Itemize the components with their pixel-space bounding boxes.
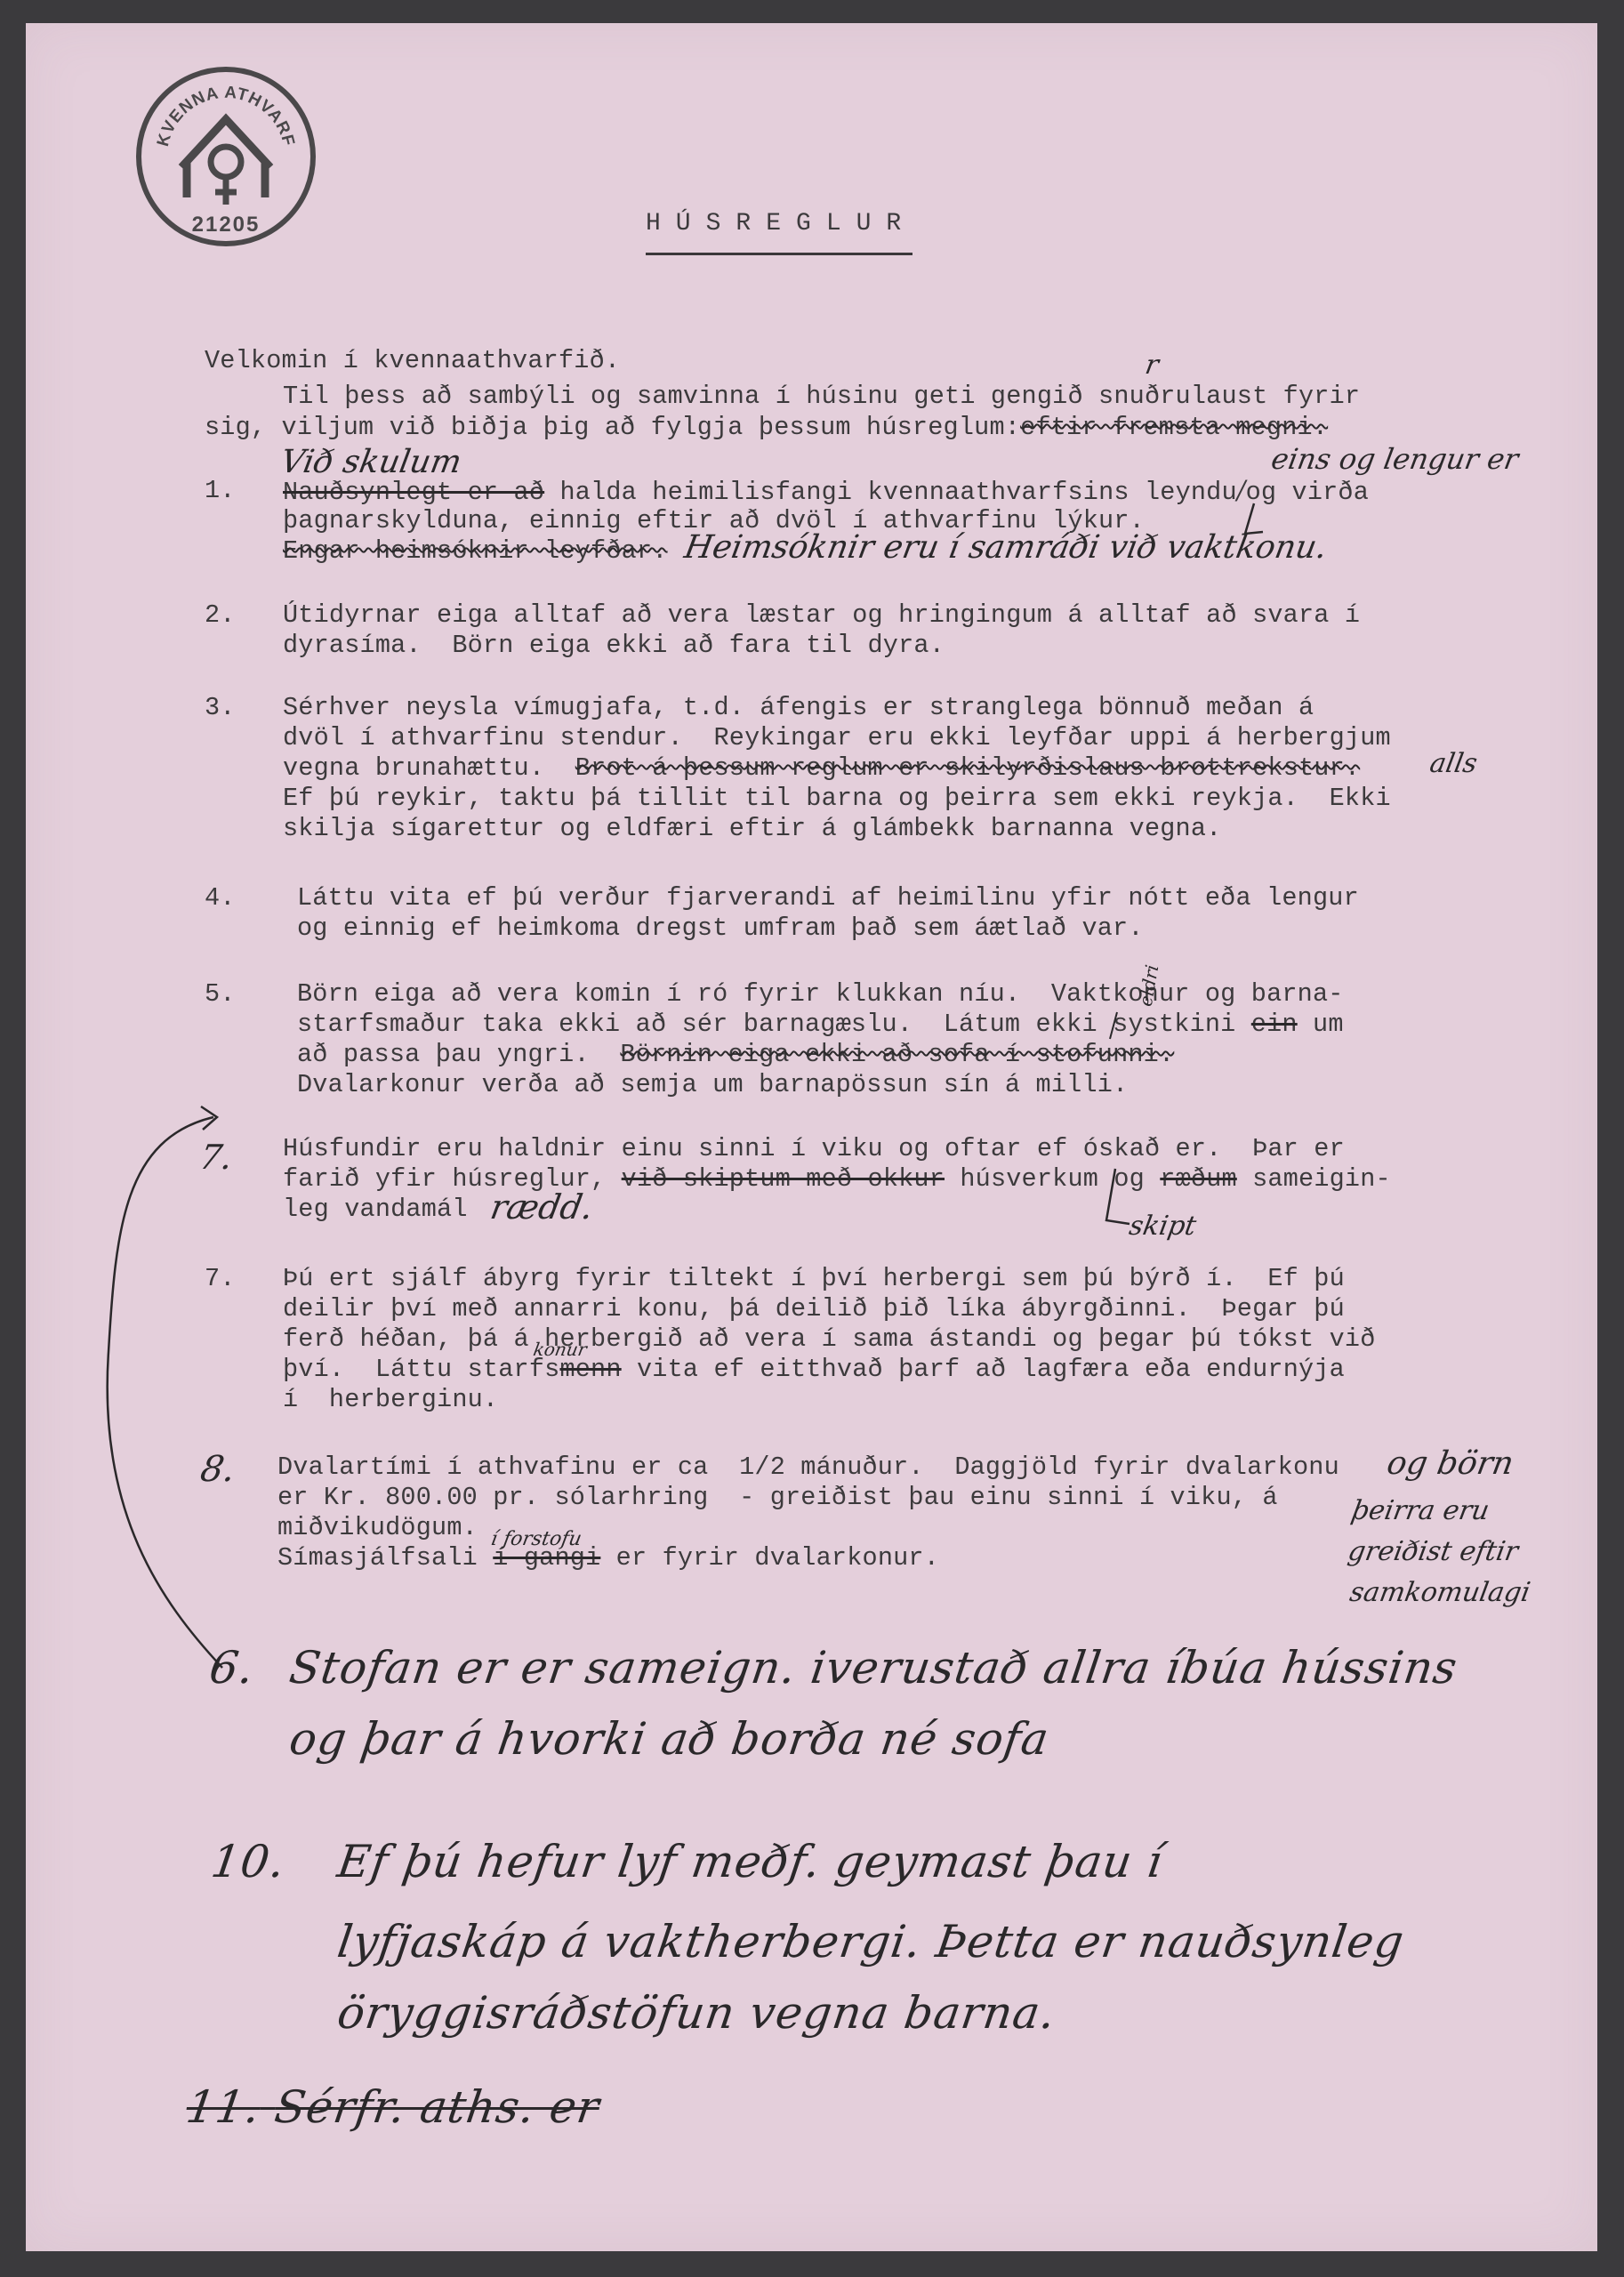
stamp-icon: KVENNA ATHVARF 21205 [132,62,320,251]
hand-item-10-number: 10. [208,1839,288,1884]
intro-line-2-kept: sig, viljum við biðja þig að fylgja þess… [205,413,1020,442]
item-7-line-4-b: vita ef eitthvað þarf að lagfæra eða end… [622,1355,1345,1384]
item-5-line-2: starfsmaður taka ekki að sér barnagæslu.… [297,1012,1344,1038]
item-5-line-2-a: starfsmaður taka ekki að sér barnagæslu.… [297,1010,1113,1039]
item-8-margin-4: samkomulagi [1347,1580,1532,1606]
item-1-insert: Við skulum [278,447,464,479]
item-5-line-3-struck: Börnin eiga ekki að sofa í stofunni. [620,1040,1174,1069]
item-6-number-hand: 7. [197,1140,236,1174]
item-8-line-1: Dvalartími í athvafinu er ca 1/2 mánuður… [277,1455,1339,1481]
item-5-line-2-b: systkini [1113,1010,1251,1039]
item-3-line-1: Sérhver neysla vímugjafa, t.d. áfengis e… [283,696,1314,721]
item-8-hand-insert: í forstofu [489,1530,583,1549]
item-5-line-3: að passa þau yngri. Börnin eiga ekki að … [297,1042,1174,1068]
item-2-line-1: Útidyrnar eiga alltaf að vera læstar og … [283,603,1360,629]
item-6-line-2-d: sameigin- [1237,1164,1391,1194]
greeting: Velkomin í kvennaathvarfið. [205,349,620,374]
item-1-margin-note: eins og lengur er [1269,445,1521,473]
item-8-line-4: Símasjálfsali í gangi er fyrir dvalarkon… [277,1546,939,1572]
item-5-struck-word: ein [1251,1010,1298,1039]
item-7-number: 7. [205,1267,236,1292]
item-3-number: 3. [205,696,236,721]
stamp-number: 21205 [192,213,261,237]
intro-line-2: sig, viljum við biðja þig að fylgja þess… [205,415,1328,441]
item-1-struck: Nauðsynlegt er að [283,478,544,507]
item-1-line-3-struck: Engar heimsóknir leyfðar. [283,539,668,565]
item-1-line-3-hand: Heimsóknir eru í samráði við vaktkonu. [682,532,1330,564]
intro-line-2-struck: eftir fremsta megni. [1020,413,1328,442]
item-1-end: og virða [1246,478,1369,507]
item-5-line-2-c: um [1298,1010,1344,1039]
item-6-hand-insert: rædd. [488,1190,596,1224]
item-6-line-2: farið yfir húsreglur, við skiptum með ok… [283,1167,1391,1193]
item-8-line-3: miðvikudögum. [277,1516,478,1541]
item-4-number: 4. [205,886,236,912]
hand-item-6-line-2: og þar á hvorki að borða né sofa [286,1717,1051,1761]
item-6-struck-2: ræðum [1160,1164,1237,1194]
hand-item-11-text: Sérfr. aths. er [271,2081,603,2133]
item-6-hand-below: skipt [1127,1213,1198,1240]
item-6-line-2-c: og [1113,1164,1160,1194]
item-2-number: 2. [205,603,236,629]
item-8-line-2: er Kr. 800.00 pr. sólarhring - greiðist … [277,1485,1278,1511]
item-8-margin-2: þeirra eru [1349,1498,1491,1525]
item-4-line-2: og einnig ef heimkoma dregst umfram það … [297,916,1144,942]
item-7-line-1: Þú ert sjálf ábyrg fyrir tiltekt í því h… [283,1267,1345,1292]
item-6-struck-1: við skiptum með okkur [622,1164,945,1194]
item-3-struck: Brot á þessum reglum er skilyrðislaus br… [575,753,1360,783]
item-1-kept: halda heimilisfangi kvennaathvarfsins le… [559,478,1236,507]
item-5-line-1: Börn eiga að vera komin í ró fyrir klukk… [297,982,1344,1008]
item-4-line-1: Láttu vita ef þú verður fjarverandi af h… [297,886,1359,912]
item-8-line-4-b: er fyrir dvalarkonur. [600,1543,939,1573]
item-5-line-3-kept: að passa þau yngri. [297,1040,590,1069]
item-1-line-1: Nauðsynlegt er að halda heimilisfangi kv… [283,479,1369,506]
item-6-line-3: leg vandamál [283,1197,468,1223]
item-3-line-2: dvöl í athvarfinu stendur. Reykingar eru… [283,726,1391,752]
item-3-line-5: skilja sígarettur og eldfæri eftir á glá… [283,817,1221,842]
hand-item-6-line-1: Stofan er er sameign. iverustað allra íb… [286,1645,1459,1690]
organization-stamp: KVENNA ATHVARF 21205 [132,62,320,251]
item-8-margin-1: og börn [1385,1448,1516,1480]
hand-item-10-line-3: öryggisráðstöfun vegna barna. [334,1991,1058,2035]
title-underline [646,253,912,255]
item-8-line-4-a: Símasjálfsali [277,1543,493,1573]
item-7-line-4: því. Láttu starfsmenn vita ef eitthvað þ… [283,1357,1345,1383]
item-6-line-2-b: húsverkum [945,1164,1113,1194]
item-5-line-4: Dvalarkonur verða að semja um barnapössu… [297,1073,1128,1098]
item-3-line-4: Ef þú reykir, taktu þá tillit til barna … [283,786,1391,812]
item-7-line-2: deilir því með annarri konu, þá deilið þ… [283,1297,1345,1323]
hand-item-6-number: 6. [206,1645,257,1690]
item-3-line-3: vegna brunahættu. Brot á þessum reglum e… [283,756,1360,782]
hand-item-10-line-2: lyfjaskáp á vaktherbergi. Þetta er nauðs… [334,1919,1407,1964]
intro-line-1: Til þess að sambýli og samvinna í húsinu… [283,384,1360,410]
item-1-number: 1. [205,479,236,504]
item-7-struck: menn [559,1355,621,1384]
item-7-line-3: ferð héðan, þá á herbergið að vera í sam… [283,1327,1376,1353]
item-5-number: 5. [205,982,236,1008]
item-7-line-4-a: því. Láttu starfs [283,1355,559,1384]
page-title: HÚSREGLUR [646,210,916,237]
item-3-kept: vegna brunahættu. [283,753,544,783]
hand-item-10-line-1: Ef þú hefur lyf meðf. geymast þau í [334,1839,1165,1884]
item-8-number-hand: 8. [197,1452,237,1487]
item-7-line-5: í herberginu. [283,1388,498,1413]
item-6-line-1: Húsfundir eru haldnir einu sinni í viku … [283,1137,1345,1163]
item-2-line-2: dyrasíma. Börn eiga ekki að fara til dyr… [283,633,945,659]
hand-item-11-struck: 11. Sérfr. aths. er [183,2085,602,2129]
item-3-hand: alls [1427,751,1479,777]
item-8-margin-3: greiðist eftir [1346,1539,1520,1565]
hand-item-11-number: 11. [183,2081,264,2133]
